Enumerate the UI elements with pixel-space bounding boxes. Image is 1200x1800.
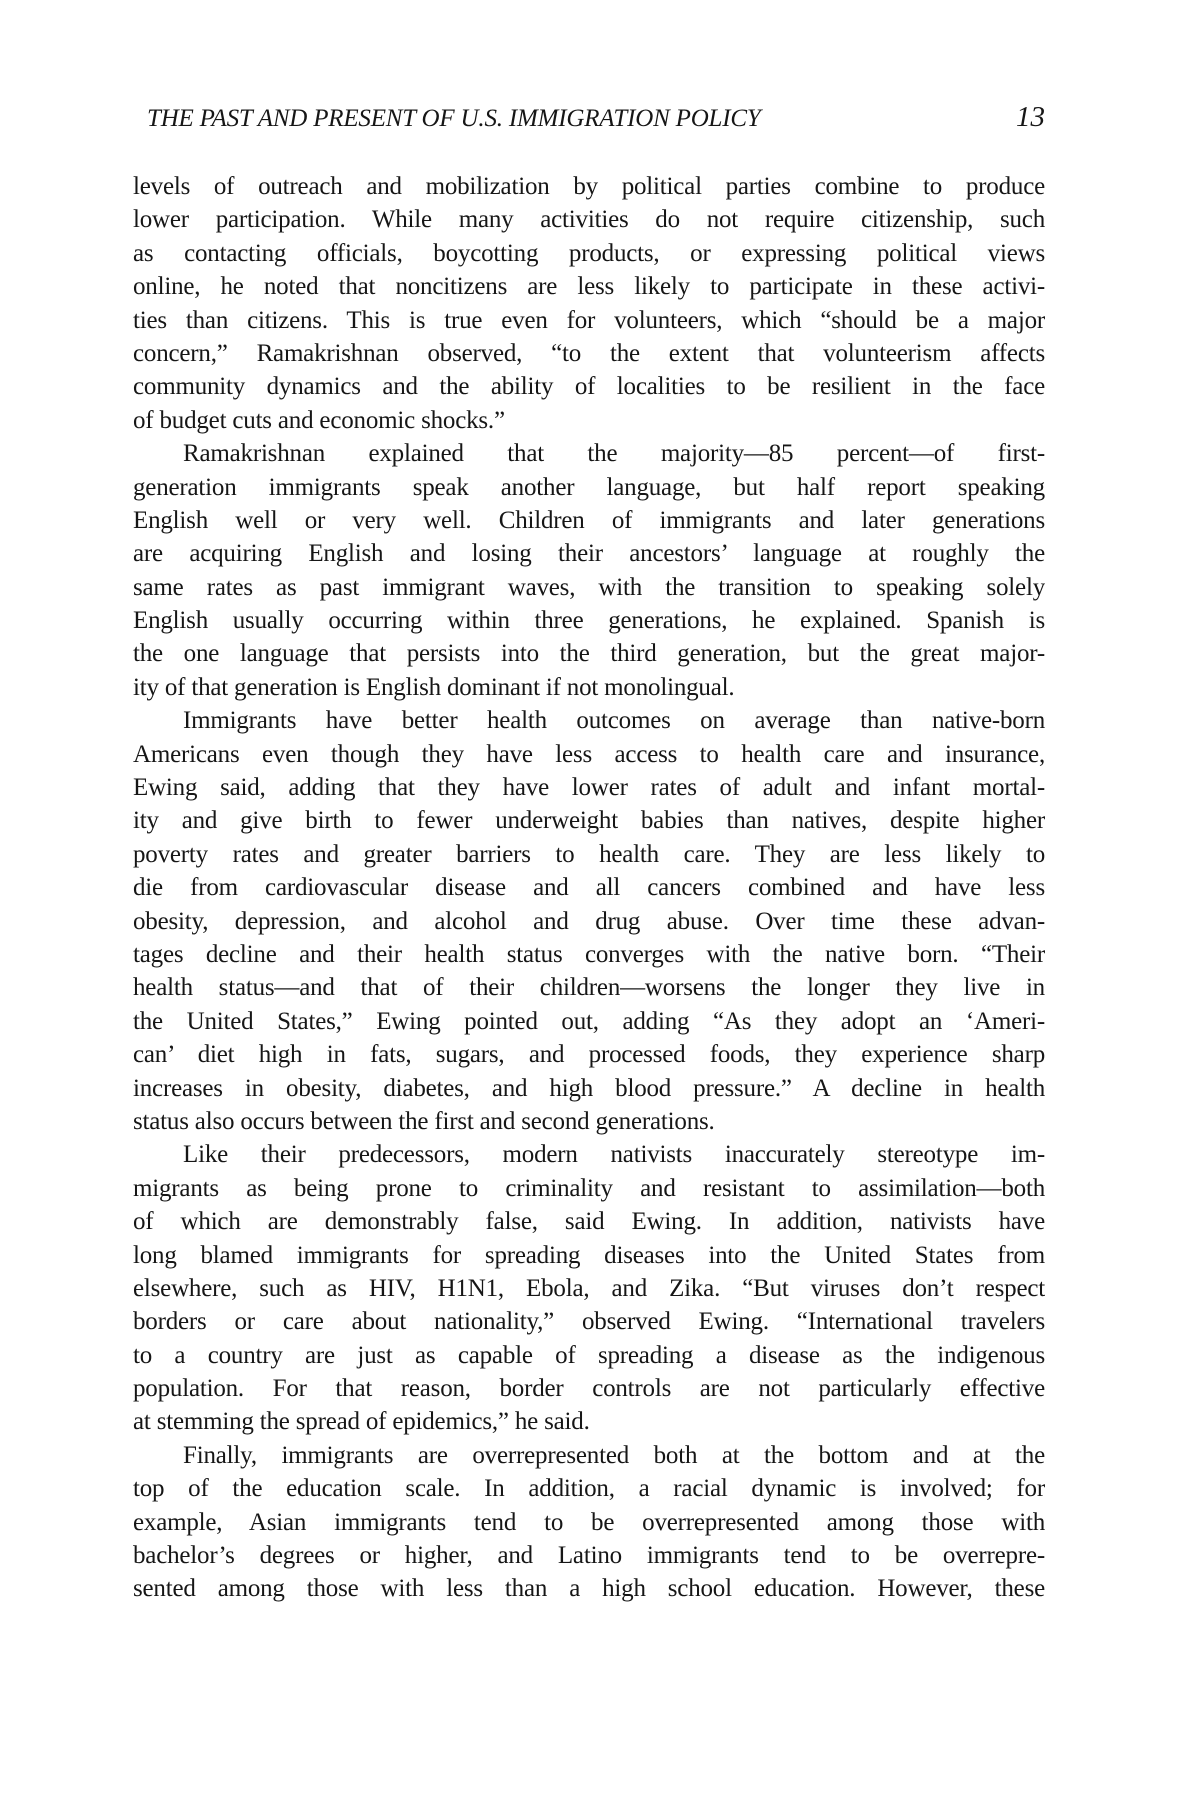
text-line: ties than citizens. This is true even fo…: [133, 304, 1045, 337]
text-line: poverty rates and greater barriers to he…: [133, 838, 1045, 871]
text-line: health status—and that of their children…: [133, 971, 1045, 1004]
text-line: die from cardiovascular disease and all …: [133, 871, 1045, 904]
paragraph: levels of outreach and mobilization by p…: [133, 170, 1045, 437]
text-line: the United States,” Ewing pointed out, a…: [133, 1005, 1045, 1038]
text-line: Ramakrishnan explained that the majority…: [133, 437, 1045, 470]
text-line: Like their predecessors, modern nativist…: [133, 1138, 1045, 1171]
text-line: online, he noted that noncitizens are le…: [133, 270, 1045, 303]
page-number: 13: [1016, 103, 1045, 132]
text-line: can’ diet high in fats, sugars, and proc…: [133, 1038, 1045, 1071]
text-line: community dynamics and the ability of lo…: [133, 370, 1045, 403]
text-line: population. For that reason, border cont…: [133, 1372, 1045, 1405]
text-line: generation immigrants speak another lang…: [133, 471, 1045, 504]
text-line: top of the education scale. In addition,…: [133, 1472, 1045, 1505]
running-title: THE PAST AND PRESENT OF U.S. IMMIGRATION…: [147, 104, 761, 133]
text-line: concern,” Ramakrishnan observed, “to the…: [133, 337, 1045, 370]
paragraph: Ramakrishnan explained that the majority…: [133, 437, 1045, 704]
running-head: THE PAST AND PRESENT OF U.S. IMMIGRATION…: [133, 103, 1045, 133]
text-line: borders or care about nationality,” obse…: [133, 1305, 1045, 1338]
text-block: levels of outreach and mobilization by p…: [133, 170, 1045, 1606]
text-line: tages decline and their health status co…: [133, 938, 1045, 971]
text-line: ity and give birth to fewer underweight …: [133, 804, 1045, 837]
text-line: of which are demonstrably false, said Ew…: [133, 1205, 1045, 1238]
book-page: THE PAST AND PRESENT OF U.S. IMMIGRATION…: [0, 0, 1200, 1800]
text-line: long blamed immigrants for spreading dis…: [133, 1239, 1045, 1272]
text-line: Ewing said, adding that they have lower …: [133, 771, 1045, 804]
paragraph: Finally, immigrants are overrepresented …: [133, 1439, 1045, 1606]
text-line: Immigrants have better health outcomes o…: [133, 704, 1045, 737]
text-line: English well or very well. Children of i…: [133, 504, 1045, 537]
text-line: of budget cuts and economic shocks.”: [133, 404, 1045, 437]
text-line: status also occurs between the first and…: [133, 1105, 1045, 1138]
text-line: to a country are just as capable of spre…: [133, 1339, 1045, 1372]
text-line: ity of that generation is English domina…: [133, 671, 1045, 704]
text-line: the one language that persists into the …: [133, 637, 1045, 670]
paragraph: Like their predecessors, modern nativist…: [133, 1138, 1045, 1439]
text-line: are acquiring English and losing their a…: [133, 537, 1045, 570]
text-line: Finally, immigrants are overrepresented …: [133, 1439, 1045, 1472]
text-line: as contacting officials, boycotting prod…: [133, 237, 1045, 270]
text-line: at stemming the spread of epidemics,” he…: [133, 1405, 1045, 1438]
text-line: levels of outreach and mobilization by p…: [133, 170, 1045, 203]
text-line: sented among those with less than a high…: [133, 1572, 1045, 1605]
text-line: English usually occurring within three g…: [133, 604, 1045, 637]
text-line: same rates as past immigrant waves, with…: [133, 571, 1045, 604]
text-line: lower participation. While many activiti…: [133, 203, 1045, 236]
text-line: Americans even though they have less acc…: [133, 738, 1045, 771]
text-line: example, Asian immigrants tend to be ove…: [133, 1506, 1045, 1539]
text-line: obesity, depression, and alcohol and dru…: [133, 905, 1045, 938]
text-line: bachelor’s degrees or higher, and Latino…: [133, 1539, 1045, 1572]
text-line: increases in obesity, diabetes, and high…: [133, 1072, 1045, 1105]
text-line: elsewhere, such as HIV, H1N1, Ebola, and…: [133, 1272, 1045, 1305]
text-line: migrants as being prone to criminality a…: [133, 1172, 1045, 1205]
paragraph: Immigrants have better health outcomes o…: [133, 704, 1045, 1138]
